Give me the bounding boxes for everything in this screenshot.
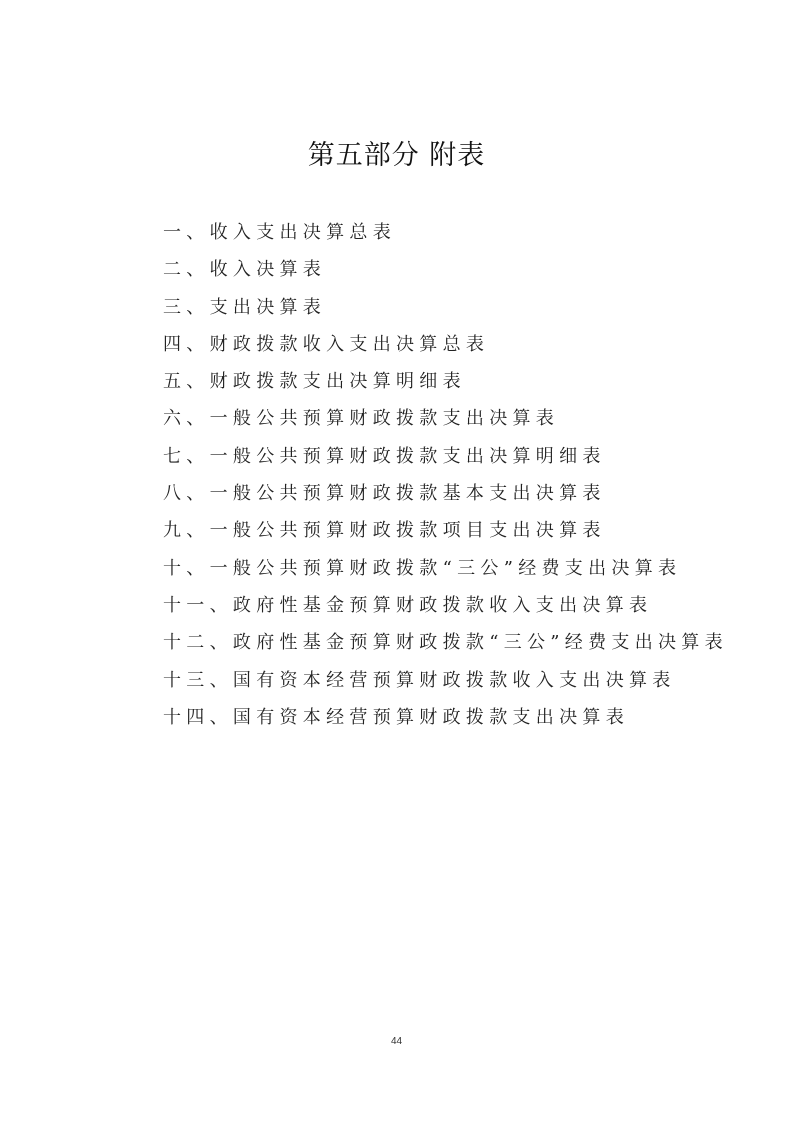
list-item: 八、一般公共预算财政拨款基本支出决算表 — [163, 475, 728, 512]
list-item: 三、支出决算表 — [163, 289, 728, 326]
list-item: 二、收入决算表 — [163, 251, 728, 288]
list-item: 十四、国有资本经营预算财政拨款支出决算表 — [163, 699, 728, 736]
list-item: 十二、政府性基金预算财政拨款“三公”经费支出决算表 — [163, 624, 728, 661]
list-item: 九、一般公共预算财政拨款项目支出决算表 — [163, 512, 728, 549]
list-item: 五、财政拨款支出决算明细表 — [163, 363, 728, 400]
list-item: 十一、政府性基金预算财政拨款收入支出决算表 — [163, 587, 728, 624]
list-item: 一、收入支出决算总表 — [163, 214, 728, 251]
list-item: 四、财政拨款收入支出决算总表 — [163, 326, 728, 363]
list-item: 七、一般公共预算财政拨款支出决算明细表 — [163, 438, 728, 475]
page-title: 第五部分 附表 — [0, 133, 793, 172]
list-item: 十、一般公共预算财政拨款“三公”经费支出决算表 — [163, 550, 728, 587]
list-item: 十三、国有资本经营预算财政拨款收入支出决算表 — [163, 662, 728, 699]
list-item: 六、一般公共预算财政拨款支出决算表 — [163, 400, 728, 437]
page-number: 44 — [0, 1036, 793, 1047]
appendix-table-list: 一、收入支出决算总表 二、收入决算表 三、支出决算表 四、财政拨款收入支出决算总… — [163, 214, 728, 736]
